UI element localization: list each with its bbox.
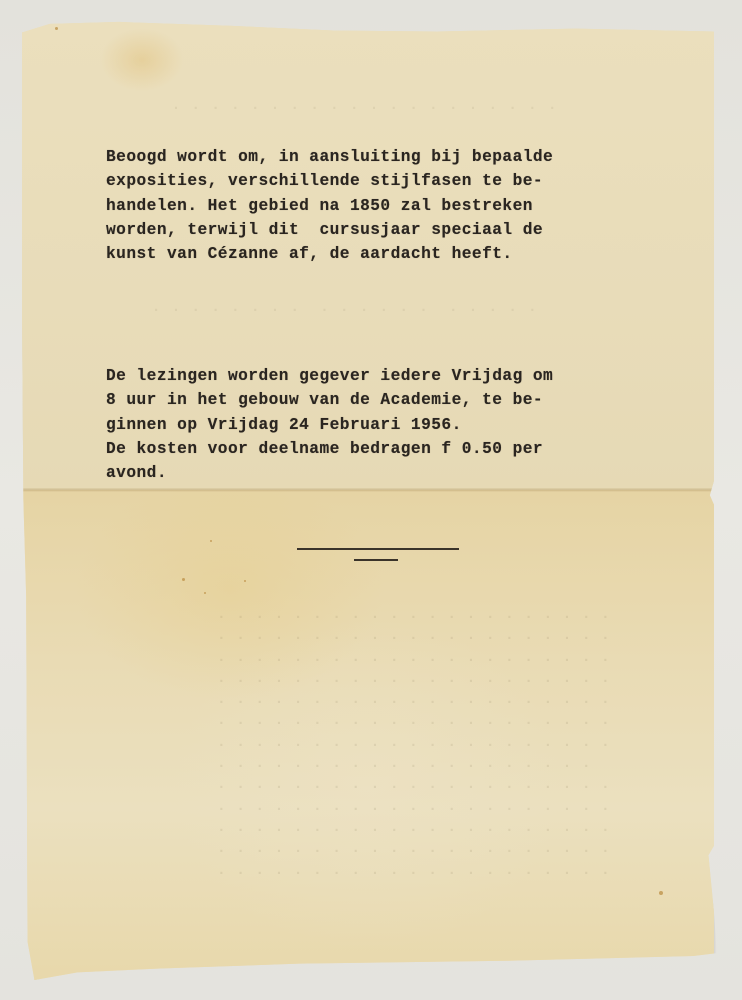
separator-rule-long — [297, 548, 459, 550]
fold-crease — [22, 488, 714, 492]
text-line: avond. — [106, 461, 553, 485]
stain-speck — [182, 578, 185, 581]
bleed-through-text: . . . . . . . . . . . . . . . . . . . . … — [217, 605, 677, 882]
stain-speck — [204, 592, 206, 594]
text-line: Beoogd wordt om, in aansluiting bij bepa… — [106, 145, 553, 169]
text-line: De lezingen worden gegever iedere Vrijda… — [106, 364, 553, 388]
text-line: De kosten voor deelname bedragen f 0.50 … — [106, 437, 553, 461]
text-line: kunst van Cézanne af, de aardacht heeft. — [106, 242, 553, 266]
separator-rule-short — [354, 559, 398, 561]
text-line: handelen. Het gebied na 1850 zal bestrek… — [106, 194, 553, 218]
paragraph-schedule: De lezingen worden gegever iedere Vrijda… — [106, 364, 553, 485]
text-line: 8 uur in het gebouw van de Academie, te … — [106, 388, 553, 412]
stain-speck — [659, 891, 663, 895]
stain-speck — [244, 580, 246, 582]
paragraph-intro: Beoogd wordt om, in aansluiting bij bepa… — [106, 145, 553, 266]
bleed-through-heading: . . . . . . . . . . . . . . . . . . . . — [132, 98, 652, 114]
stain-speck — [210, 540, 212, 542]
text-line: worden, terwijl dit cursusjaar speciaal … — [106, 218, 553, 242]
text-line: ginnen op Vrijdag 24 Februari 1956. — [106, 413, 553, 437]
text-line: exposities, verschillende stijlfasen te … — [106, 169, 553, 193]
stain-speck — [55, 27, 58, 30]
bleed-through-subheading: . . . . . . . . . . . . . . . . . . . — [132, 300, 652, 316]
